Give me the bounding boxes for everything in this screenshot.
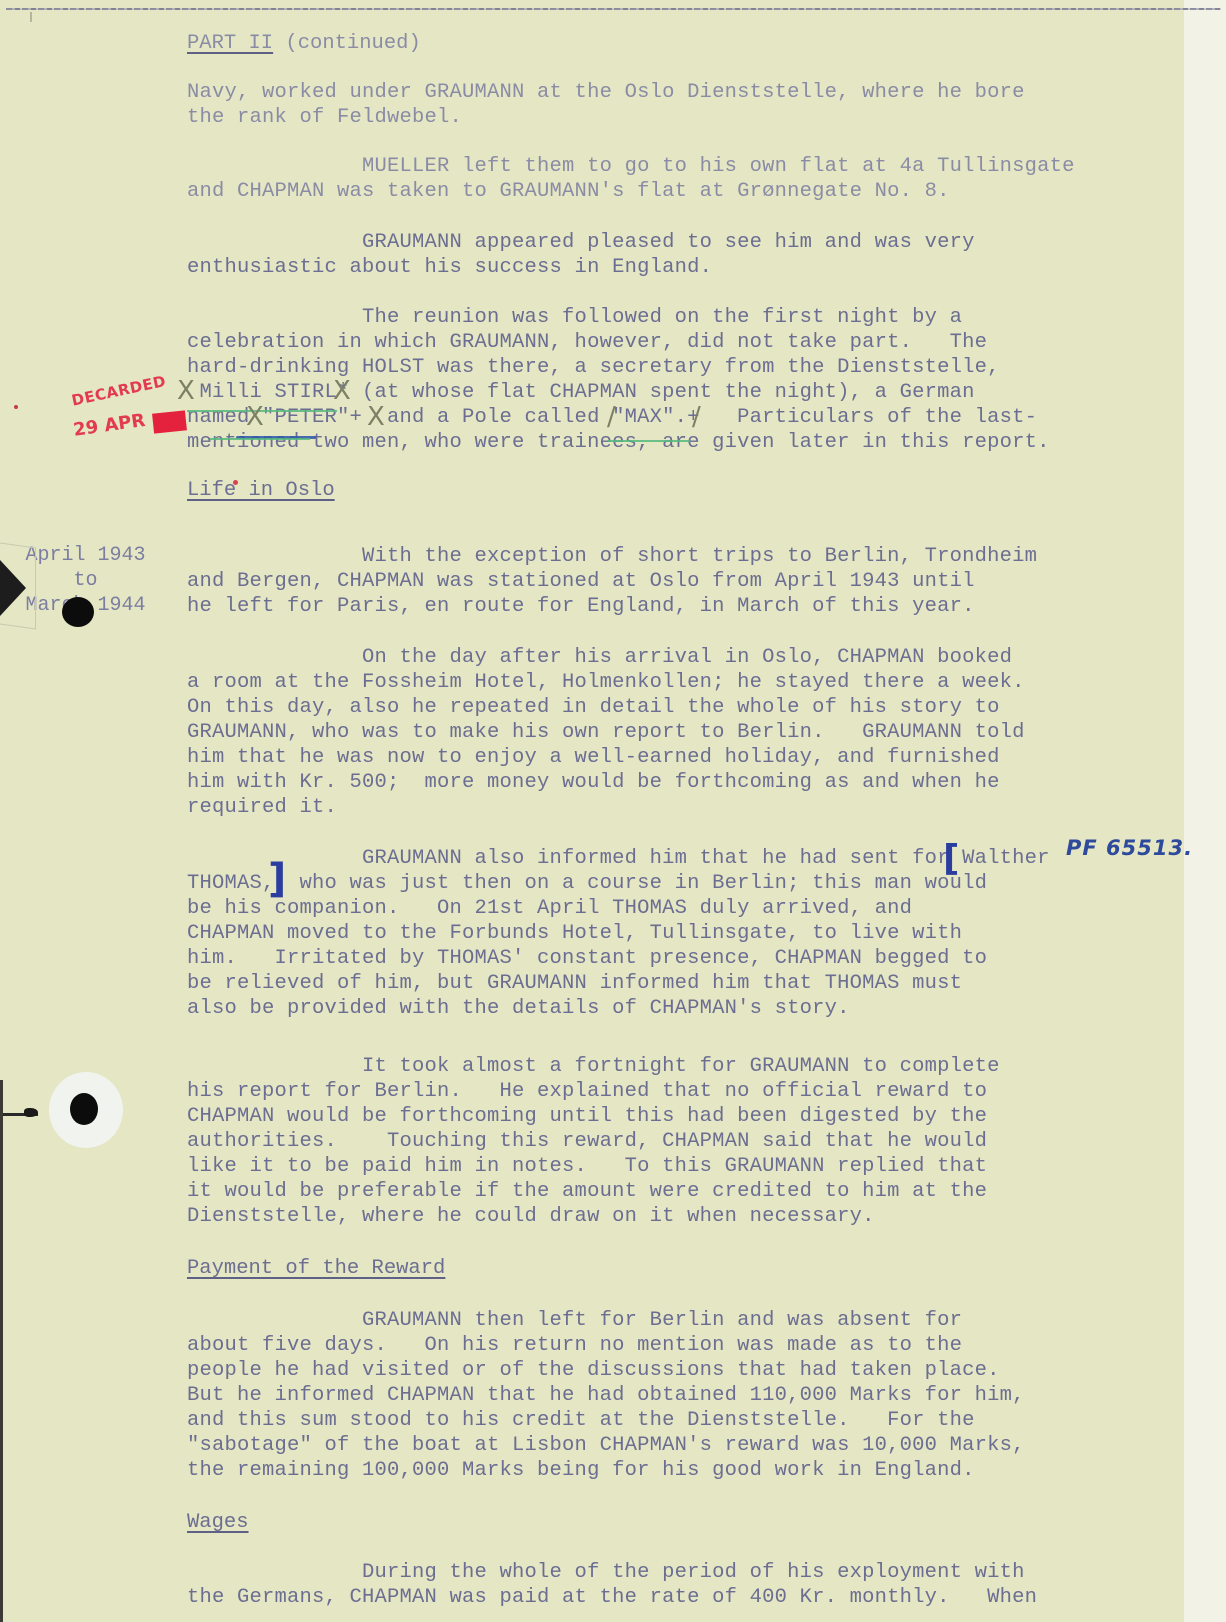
text-line: like it to be paid him in notes. To this… (187, 1154, 987, 1179)
green-underline-max (608, 440, 690, 442)
text-line: celebration in which GRAUMANN, however, … (187, 330, 987, 355)
pf-reference-number: PF 65513. (1066, 836, 1193, 860)
text-line: required it. (187, 795, 337, 820)
text-line: authorities. Touching this reward, CHAPM… (187, 1129, 987, 1154)
slash-mark: / (607, 404, 616, 430)
text-line: On this day, also he repeated in detail … (187, 695, 1000, 720)
text-line: the remaining 100,000 Marks being for hi… (187, 1458, 975, 1483)
text-line: he left for Paris, en route for England,… (187, 594, 975, 619)
text-line: his report for Berlin. He explained that… (187, 1079, 987, 1104)
text-line: and CHAPMAN was taken to GRAUMANN's flat… (187, 179, 950, 204)
text-line: hard-drinking HOLST was there, a secreta… (187, 355, 1000, 380)
text-line: But he informed CHAPMAN that he had obta… (187, 1383, 1025, 1408)
text-line: him that he was now to enjoy a well-earn… (187, 745, 1000, 770)
part-header: PART II (continued) (187, 31, 421, 56)
text-line: During the whole of the period of his ex… (187, 1560, 1025, 1585)
page-binding-edge (0, 1080, 3, 1622)
text-line: CHAPMAN moved to the Forbunds Hotel, Tul… (187, 921, 962, 946)
text-line: mentioned two men, who were trainees, ar… (187, 430, 1050, 455)
text-line: and this sum stood to his credit at the … (187, 1408, 975, 1433)
margin-date-note: April 1943 (18, 544, 153, 568)
punch-hole (70, 1093, 98, 1125)
slash-mark: / (692, 404, 701, 430)
treasury-tag-knot (24, 1108, 38, 1117)
text-line: Dienststelle, where he could draw on it … (187, 1204, 875, 1229)
text-line: enthusiastic about his success in Englan… (187, 255, 712, 280)
text-line: him. Irritated by THOMAS' constant prese… (187, 946, 987, 971)
text-line: people he had visited or of the discussi… (187, 1358, 1000, 1383)
section-heading-wages: Wages (187, 1510, 249, 1535)
text-line: him with Kr. 500; more money would be fo… (187, 770, 1000, 795)
text-line: the rank of Feldwebel. (187, 105, 462, 130)
text-line: GRAUMANN then left for Berlin and was ab… (187, 1308, 962, 1333)
pen-bracket-open: [ (943, 838, 959, 879)
text-line: It took almost a fortnight for GRAUMANN … (187, 1054, 1000, 1079)
text-line: Navy, worked under GRAUMANN at the Oslo … (187, 80, 1025, 105)
text-line: GRAUMANN also informed him that he had s… (187, 846, 1050, 871)
text-line: CHAPMAN would be forthcoming until this … (187, 1104, 987, 1129)
cross-mark: X (246, 404, 264, 430)
margin-date-note: to (18, 569, 153, 593)
text-line: Milli STIRL* (at whose flat CHAPMAN spen… (187, 380, 975, 405)
file-tab-corner (0, 560, 26, 616)
part-label: PART II (187, 32, 273, 55)
text-line: "sabotage" of the boat at Lisbon CHAPMAN… (187, 1433, 1025, 1458)
pen-bracket-close: ] (268, 856, 286, 902)
text-line: and Bergen, CHAPMAN was stationed at Osl… (187, 569, 975, 594)
text-line: a room at the Fossheim Hotel, Holmenkoll… (187, 670, 1025, 695)
text-line: On the day after his arrival in Oslo, CH… (187, 645, 1012, 670)
stamp-ink-block (152, 410, 187, 433)
ink-dot (14, 405, 18, 409)
text-line: be relieved of him, but GRAUMANN informe… (187, 971, 962, 996)
punch-hole (62, 597, 94, 627)
pencil-mark (30, 12, 32, 22)
text-line: about five days. On his return no mentio… (187, 1333, 962, 1358)
text-line: THOMAS, who was just then on a course in… (187, 871, 987, 896)
text-line: The reunion was followed on the first ni… (187, 305, 962, 330)
text-line: the Germans, CHAPMAN was paid at the rat… (187, 1585, 1037, 1610)
section-heading-life-in-oslo: Life in Oslo (187, 478, 335, 503)
text-line: GRAUMANN, who was to make his own report… (187, 720, 1025, 745)
decarded-stamp: DECARDED (70, 372, 168, 410)
cross-mark: X (177, 378, 195, 404)
text-line: it would be preferable if the amount wer… (187, 1179, 987, 1204)
document-page: PART II (continued) Navy, worked under G… (0, 0, 1226, 1622)
part-suffix: (continued) (273, 32, 421, 55)
text-line: MUELLER left them to go to his own flat … (187, 154, 1075, 179)
text-line: also be provided with the details of CHA… (187, 996, 850, 1021)
page-edge (1184, 0, 1226, 1622)
text-line: be his companion. On 21st April THOMAS d… (187, 896, 912, 921)
text-line: GRAUMANN appeared pleased to see him and… (187, 230, 975, 255)
stamp-date: 29 APR (72, 410, 147, 441)
section-heading-payment: Payment of the Reward (187, 1256, 445, 1281)
cross-mark: X (333, 378, 351, 404)
text-line: With the exception of short trips to Ber… (187, 544, 1037, 569)
cross-mark: X (367, 404, 385, 430)
green-underline-peter (210, 438, 310, 440)
top-rule-divider (6, 8, 1221, 10)
